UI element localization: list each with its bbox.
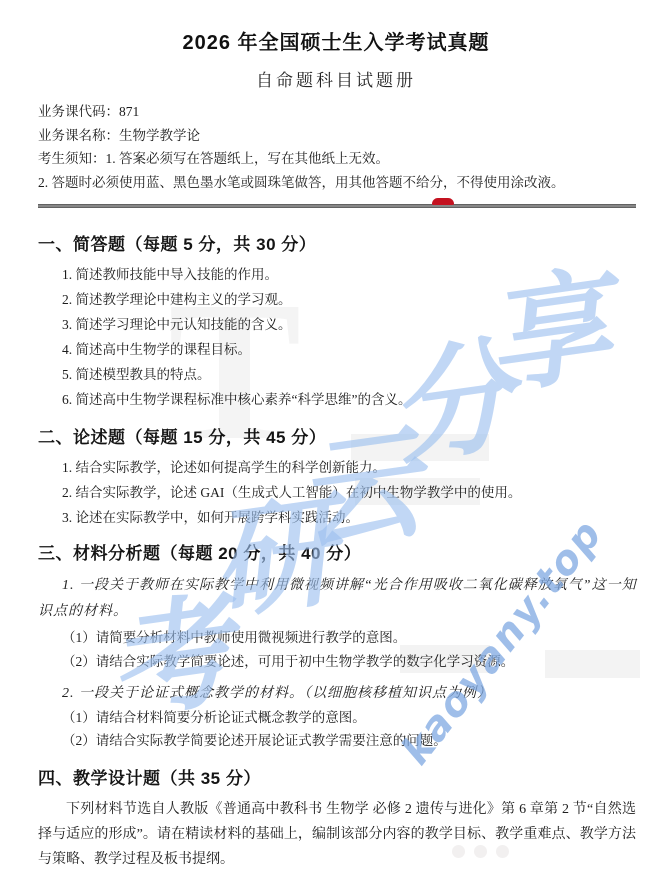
material-question: （1）请简要分析材料中教师使用微视频进行教学的意图。: [62, 629, 652, 646]
course-code-line: 业务课代码：871: [38, 103, 648, 120]
design-task-paragraph: 下列材料节选自人教版《普通高中教科书 生物学 必修 2 遗传与进化》第 6 章第…: [38, 797, 636, 870]
section-1-heading: 一、简答题（每题 5 分，共 30 分）: [38, 230, 648, 255]
section-4-heading: 四、教学设计题（共 35 分）: [38, 764, 648, 789]
notice-line-1: 考生须知：1. 答案必须写在答题纸上，写在其他纸上无效。: [38, 150, 648, 167]
question-item: 4. 简述高中生物学的课程目标。: [62, 341, 652, 358]
question-item: 2. 结合实际教学，论述 GAI（生成式人工智能）在初中生物学教学中的使用。: [62, 484, 652, 501]
question-item: 2. 简述教学理论中建构主义的学习观。: [62, 291, 652, 308]
material-question: （2）请结合实际教学简要论述开展论证式教学需要注意的问题。: [62, 732, 652, 749]
exam-paper-page: T 2026 年全国硕士生入学考试真题 自命题科目试题册 业务课代码：871 业…: [0, 0, 672, 870]
question-item: 3. 简述学习理论中元认知技能的含义。: [62, 316, 652, 333]
section-3-heading: 三、材料分析题（每题 20 分，共 40 分）: [38, 539, 648, 564]
material-question: （1）请结合材料简要分析论证式概念教学的意图。: [62, 709, 652, 726]
question-item: 3. 论述在实际教学中，如何开展跨学科实践活动。: [62, 509, 652, 526]
red-bookmark-marker: [432, 198, 454, 205]
exam-subtitle: 自命题科目试题册: [0, 66, 672, 91]
question-item: 6. 简述高中生物学课程标准中核心素养“科学思维”的含义。: [62, 391, 652, 408]
material-question: （2）请结合实际教学简要论述，可用于初中生物学教学的数字化学习资源。: [62, 653, 652, 670]
material-intro: 1. 一段关于教师在实际教学中利用微视频讲解“光合作用吸收二氧化碳释放氧气”这一…: [38, 573, 638, 625]
question-item: 1. 结合实际教学，论述如何提高学生的科学创新能力。: [62, 459, 652, 476]
question-item: 1. 简述教师技能中导入技能的作用。: [62, 266, 652, 283]
exam-title: 2026 年全国硕士生入学考试真题: [0, 26, 672, 55]
material-intro: 2. 一段关于论证式概念教学的材料。（以细胞核移植知识点为例）: [38, 681, 638, 707]
notice-line-2: 2. 答题时必须使用蓝、黑色墨水笔或圆珠笔做答，用其他答题不给分，不得使用涂改液…: [38, 174, 648, 191]
section-2-heading: 二、论述题（每题 15 分，共 45 分）: [38, 423, 648, 448]
course-name-line: 业务课名称：生物学教学论: [38, 127, 648, 144]
question-item: 5. 简述模型教具的特点。: [62, 366, 652, 383]
header-divider-line: [38, 204, 636, 208]
